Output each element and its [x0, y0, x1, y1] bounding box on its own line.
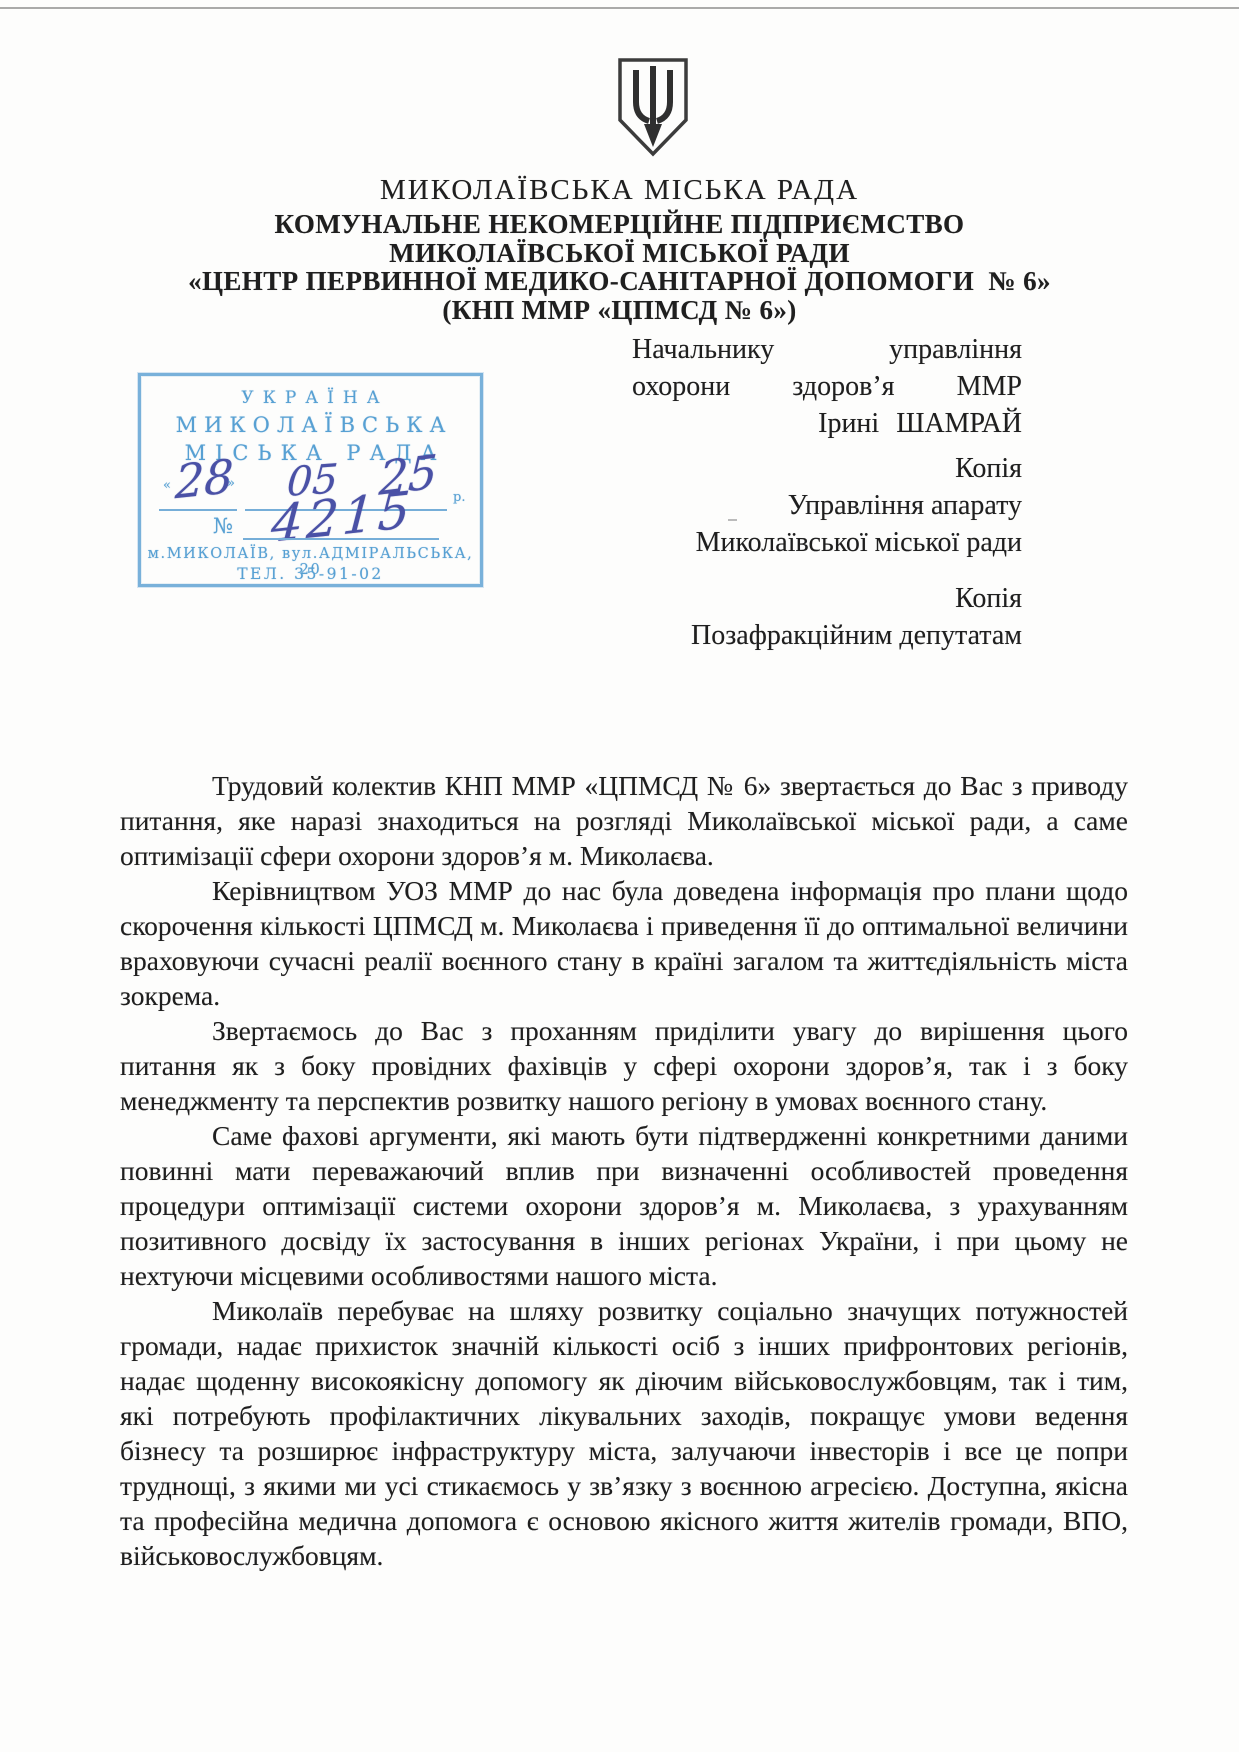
body-paragraph: Саме фахові аргументи, які мають бути пі… — [120, 1118, 1128, 1293]
recipient-to-name: Ірині ШАМРАЙ — [632, 405, 1022, 442]
recipient-to-line: Начальнику управління — [632, 331, 1022, 368]
stamp-day-handwritten: 28 — [174, 449, 234, 510]
council-name: МИКОЛАЇВСЬКА МІСЬКА РАДА — [0, 174, 1239, 207]
copy-recipient-line: Миколаївської міської ради — [632, 524, 1022, 561]
stamp-phone: ТЕЛ. 35-91-02 — [141, 565, 480, 583]
organization-name-block: КОМУНАЛЬНЕ НЕКОМЕРЦІЙНЕ ПІДПРИЄМСТВО МИК… — [0, 210, 1239, 324]
copy-label: Копія — [632, 580, 1022, 617]
stamp-year-suffix: р. — [453, 490, 465, 505]
registration-stamp: УКРАЇНА МИКОЛАЇВСЬКА МІСЬКА РАДА « 28 » … — [138, 373, 483, 587]
copy-recipient-line: Управління апарату — [632, 487, 1022, 524]
org-name-line: (КНП ММР «ЦПМСД № 6») — [0, 296, 1239, 325]
stamp-date-underline — [159, 509, 237, 511]
stamp-city-line1: МИКОЛАЇВСЬКА — [141, 413, 480, 437]
stamp-close-quote: » — [227, 476, 235, 491]
scan-edge-artifact — [0, 7, 1239, 9]
stamp-number-label: № — [213, 514, 233, 538]
body-paragraph: Трудовий колектив КНП ММР «ЦПМСД № 6» зв… — [120, 768, 1128, 873]
letter-page: МИКОЛАЇВСЬКА МІСЬКА РАДА КОМУНАЛЬНЕ НЕКО… — [0, 0, 1239, 1752]
ukraine-trident-coat-of-arms-icon — [615, 56, 691, 158]
copy-label: Копія — [632, 450, 1022, 487]
recipients-block: Начальнику управління охорони здоров’я М… — [632, 331, 1022, 654]
org-name-line: МИКОЛАЇВСЬКОЇ МІСЬКОЇ РАДИ — [0, 239, 1239, 268]
recipient-to-line: охорони здоров’я ММР — [632, 368, 1022, 405]
letter-body: Трудовий колектив КНП ММР «ЦПМСД № 6» зв… — [120, 768, 1128, 1573]
stamp-number-underline — [243, 538, 439, 540]
stamp-open-quote: « — [163, 478, 171, 493]
org-name-line: КОМУНАЛЬНЕ НЕКОМЕРЦІЙНЕ ПІДПРИЄМСТВО — [0, 210, 1239, 239]
body-paragraph: Миколаїв перебуває на шляху розвитку соц… — [120, 1293, 1128, 1573]
stamp-country: УКРАЇНА — [141, 388, 480, 408]
body-paragraph: Звертаємось до Вас з проханням приділити… — [120, 1013, 1128, 1118]
body-paragraph: Керівництвом УОЗ ММР до нас була доведен… — [120, 873, 1128, 1013]
org-name-line: «ЦЕНТР ПЕРВИННОЇ МЕДИКО-САНІТАРНОЇ ДОПОМ… — [0, 267, 1239, 296]
copy-recipient-line: Позафракційним депутатам — [632, 617, 1022, 654]
scan-dash-artifact — [728, 519, 737, 521]
